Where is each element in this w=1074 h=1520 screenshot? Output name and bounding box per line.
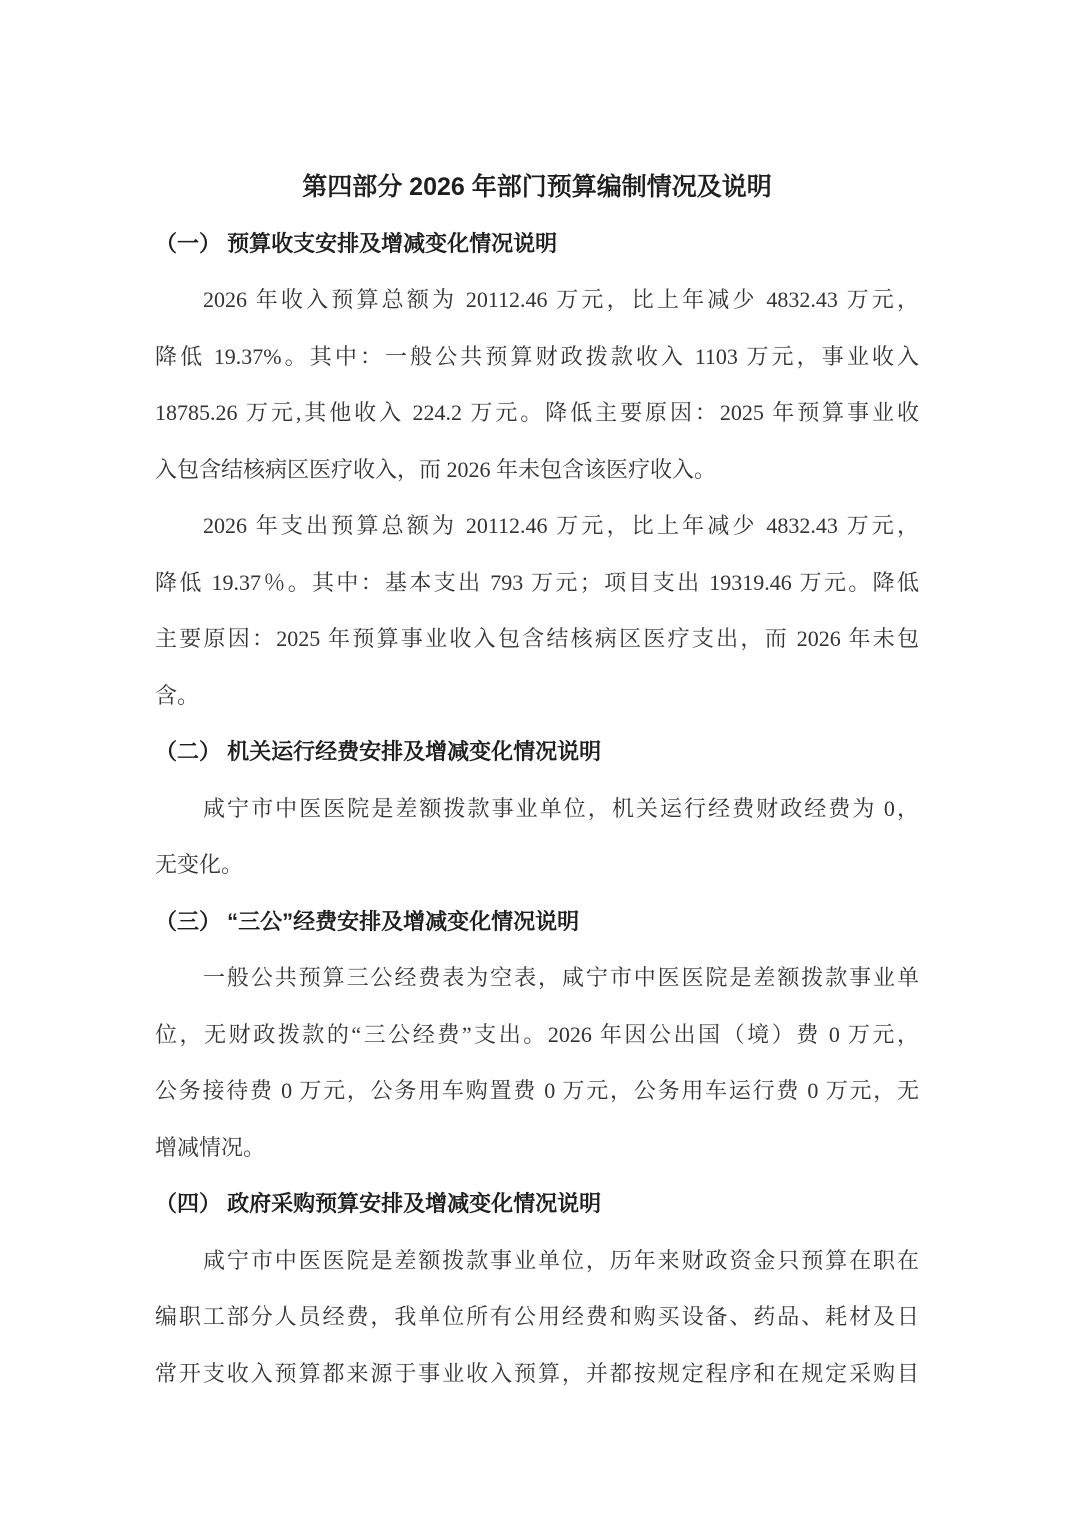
paragraph-line: 含。 [155,668,919,725]
paragraph-line: 18785.26 万元,其他收入 224.2 万元。降低主要原因：2025 年预… [155,385,919,442]
paragraph-line: 降低 19.37%。其中：一般公共预算财政拨款收入 1103 万元，事业收入 [155,329,919,386]
paragraph-line: 公务接待费 0 万元，公务用车购置费 0 万元，公务用车运行费 0 万元，无 [155,1063,919,1120]
section-heading: （三） “三公”经费安排及增减变化情况说明 [155,894,919,951]
paragraph-line: 咸宁市中医医院是差额拨款事业单位，机关运行经费财政经费为 0， [155,781,919,838]
paragraph-line: 入包含结核病区医疗收入，而 2026 年未包含该医疗收入。 [155,442,919,499]
paragraph-line: 位，无财政拨款的“三公经费”支出。2026 年因公出国（境）费 0 万元， [155,1007,919,1064]
paragraph: 咸宁市中医医院是差额拨款事业单位，历年来财政资金只预算在职在编职工部分人员经费，… [155,1233,919,1403]
paragraph-line: 降低 19.37％。其中：基本支出 793 万元；项目支出 19319.46 万… [155,555,919,612]
paragraph-line: 常开支收入预算都来源于事业收入预算，并都按规定程序和在规定采购目 [155,1346,919,1403]
paragraph-line: 咸宁市中医医院是差额拨款事业单位，历年来财政资金只预算在职在 [155,1233,919,1290]
document-page: 第四部分 2026 年部门预算编制情况及说明 （一） 预算收支安排及增减变化情况… [0,0,1074,1520]
paragraph-line: 无变化。 [155,837,919,894]
paragraph: 2026 年收入预算总额为 20112.46 万元，比上年减少 4832.43 … [155,272,919,498]
paragraph: 2026 年支出预算总额为 20112.46 万元，比上年减少 4832.43 … [155,498,919,724]
paragraph: 咸宁市中医医院是差额拨款事业单位，机关运行经费财政经费为 0，无变化。 [155,781,919,894]
document-title: 第四部分 2026 年部门预算编制情况及说明 [155,159,919,216]
section-heading: （四） 政府采购预算安排及增减变化情况说明 [155,1176,919,1233]
paragraph-line: 增减情况。 [155,1120,919,1177]
paragraph-line: 主要原因：2025 年预算事业收入包含结核病区医疗支出，而 2026 年未包 [155,611,919,668]
paragraph-line: 2026 年支出预算总额为 20112.46 万元，比上年减少 4832.43 … [155,498,919,555]
section-heading: （一） 预算收支安排及增减变化情况说明 [155,216,919,273]
paragraph-line: 一般公共预算三公经费表为空表，咸宁市中医医院是差额拨款事业单 [155,950,919,1007]
section-heading: （二） 机关运行经费安排及增减变化情况说明 [155,724,919,781]
paragraph: 一般公共预算三公经费表为空表，咸宁市中医医院是差额拨款事业单位，无财政拨款的“三… [155,950,919,1176]
paragraph-line: 编职工部分人员经费，我单位所有公用经费和购买设备、药品、耗材及日 [155,1289,919,1346]
paragraph-line: 2026 年收入预算总额为 20112.46 万元，比上年减少 4832.43 … [155,272,919,329]
document-body: （一） 预算收支安排及增减变化情况说明2026 年收入预算总额为 20112.4… [155,216,919,1403]
